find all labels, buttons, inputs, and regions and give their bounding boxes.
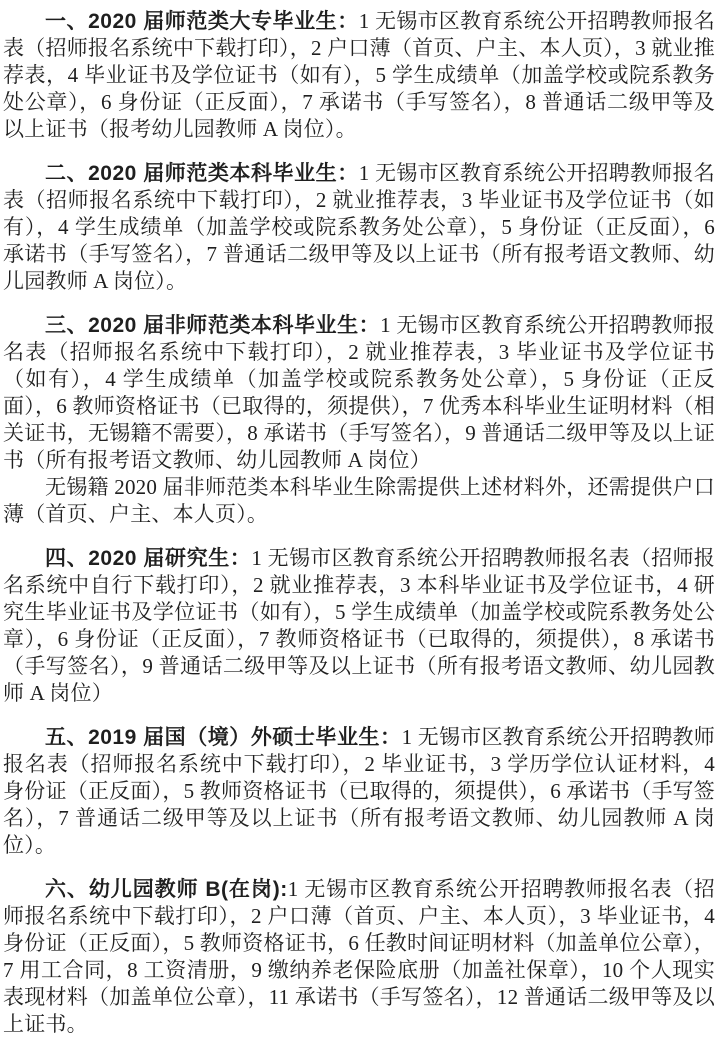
section-4-paragraph: 四、2020 届研究生：1 无锡市区教育系统公开招聘教师报名表（招师报名系统中自… xyxy=(3,545,715,707)
section-6-paragraph: 六、幼儿园教师 B(在岗):1 无锡市区教育系统公开招聘教师报名表（招师报名系统… xyxy=(3,876,715,1038)
section-3-paragraph: 三、2020 届非师范类本科毕业生：1 无锡市区教育系统公开招聘教师报名表（招师… xyxy=(3,312,715,474)
section-3-heading: 三、2020 届非师范类本科毕业生： xyxy=(45,314,380,337)
section-3-extra-paragraph: 无锡籍 2020 届非师范类本科毕业生除需提供上述材料外，还需提供户口薄（首页、… xyxy=(3,474,715,528)
section-1-heading: 一、2020 届师范类大专毕业生： xyxy=(45,10,359,33)
document-page: 一、2020 届师范类大专毕业生：1 无锡市区教育系统公开招聘教师报名表（招师报… xyxy=(0,0,718,1040)
section-6-heading: 六、幼儿园教师 B(在岗): xyxy=(45,878,288,901)
section-2-heading: 二、2020 届师范类本科毕业生： xyxy=(45,162,359,185)
section-4-heading: 四、2020 届研究生： xyxy=(45,547,251,570)
section-2-paragraph: 二、2020 届师范类本科毕业生：1 无锡市区教育系统公开招聘教师报名表（招师报… xyxy=(3,160,715,295)
section-1-paragraph: 一、2020 届师范类大专毕业生：1 无锡市区教育系统公开招聘教师报名表（招师报… xyxy=(3,8,715,143)
section-5-paragraph: 五、2019 届国（境）外硕士毕业生：1 无锡市区教育系统公开招聘教师报名表（招… xyxy=(3,724,715,859)
section-5-heading: 五、2019 届国（境）外硕士毕业生： xyxy=(45,726,402,749)
